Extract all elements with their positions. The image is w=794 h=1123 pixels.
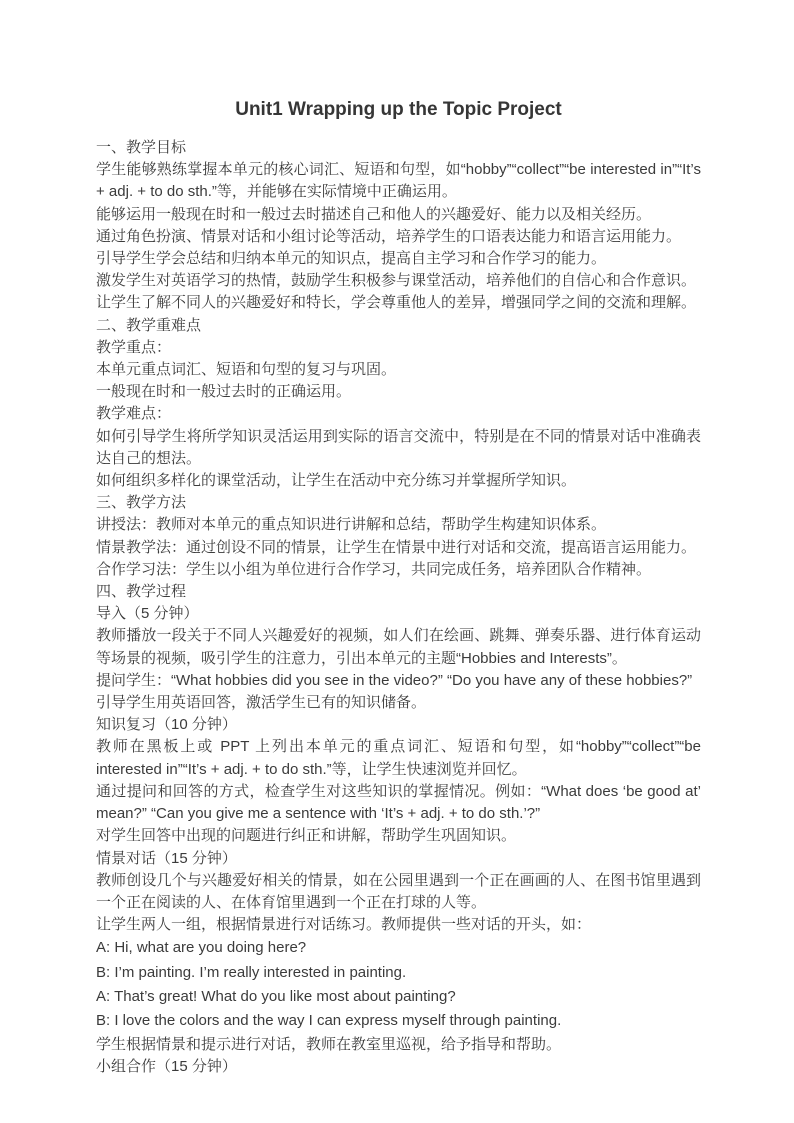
paragraph: 如何组织多样化的课堂活动，让学生在活动中充分练习并掌握所学知识。	[96, 470, 701, 492]
step-heading: 导入（5 分钟）	[96, 603, 701, 625]
paragraph: 教师创设几个与兴趣爱好相关的情景，如在公园里遇到一个正在画画的人、在图书馆里遇到…	[96, 870, 701, 914]
dialogue-line: B: I’m painting. I’m really interested i…	[96, 962, 701, 984]
section-heading: 二、教学重难点	[96, 315, 701, 337]
paragraph: 引导学生学会总结和归纳本单元的知识点，提高自主学习和合作学习的能力。	[96, 248, 701, 270]
paragraph: 学生能够熟练掌握本单元的核心词汇、短语和句型，如“hobby”“collect”…	[96, 159, 701, 203]
paragraph: 让学生了解不同人的兴趣爱好和特长，学会尊重他人的差异，增强同学之间的交流和理解。	[96, 292, 701, 314]
document-title: Unit1 Wrapping up the Topic Project	[96, 97, 701, 123]
paragraph: 通过提问和回答的方式，检查学生对这些知识的掌握情况。例如：“What does …	[96, 781, 701, 825]
section-heading: 三、教学方法	[96, 492, 701, 514]
paragraph: 学生根据情景和提示进行对话，教师在教室里巡视，给予指导和帮助。	[96, 1034, 701, 1056]
paragraph: 对学生回答中出现的问题进行纠正和讲解，帮助学生巩固知识。	[96, 825, 701, 847]
paragraph: 让学生两人一组，根据情景进行对话练习。教师提供一些对话的开头，如：	[96, 914, 701, 936]
paragraph: 能够运用一般现在时和一般过去时描述自己和他人的兴趣爱好、能力以及相关经历。	[96, 204, 701, 226]
step-heading: 知识复习（10 分钟）	[96, 714, 701, 736]
paragraph: 激发学生对英语学习的热情，鼓励学生积极参与课堂活动，培养他们的自信心和合作意识。	[96, 270, 701, 292]
paragraph: 讲授法：教师对本单元的重点知识进行讲解和总结，帮助学生构建知识体系。	[96, 514, 701, 536]
paragraph: 如何引导学生将所学知识灵活运用到实际的语言交流中，特别是在不同的情景对话中准确表…	[96, 426, 701, 470]
paragraph: 情景教学法：通过创设不同的情景，让学生在情景中进行对话和交流，提高语言运用能力。	[96, 537, 701, 559]
section-heading: 一、教学目标	[96, 137, 701, 159]
section-heading: 四、教学过程	[96, 581, 701, 603]
label-paragraph: 教学难点：	[96, 403, 701, 425]
document-page: Unit1 Wrapping up the Topic Project 一、教学…	[0, 0, 794, 1123]
dialogue-line: B: I love the colors and the way I can e…	[96, 1010, 701, 1032]
paragraph: 提问学生：“What hobbies did you see in the vi…	[96, 670, 701, 692]
step-heading: 小组合作（15 分钟）	[96, 1056, 701, 1078]
paragraph: 引导学生用英语回答，激活学生已有的知识储备。	[96, 692, 701, 714]
paragraph: 教师在黑板上或 PPT 上列出本单元的重点词汇、短语和句型，如“hobby”“c…	[96, 736, 701, 780]
dialogue-line: A: Hi, what are you doing here?	[96, 937, 701, 959]
paragraph: 通过角色扮演、情景对话和小组讨论等活动，培养学生的口语表达能力和语言运用能力。	[96, 226, 701, 248]
paragraph: 一般现在时和一般过去时的正确运用。	[96, 381, 701, 403]
paragraph: 教师播放一段关于不同人兴趣爱好的视频，如人们在绘画、跳舞、弹奏乐器、进行体育运动…	[96, 625, 701, 669]
paragraph: 合作学习法：学生以小组为单位进行合作学习，共同完成任务，培养团队合作精神。	[96, 559, 701, 581]
dialogue-line: A: That’s great! What do you like most a…	[96, 986, 701, 1008]
step-heading: 情景对话（15 分钟）	[96, 848, 701, 870]
paragraph: 本单元重点词汇、短语和句型的复习与巩固。	[96, 359, 701, 381]
label-paragraph: 教学重点：	[96, 337, 701, 359]
